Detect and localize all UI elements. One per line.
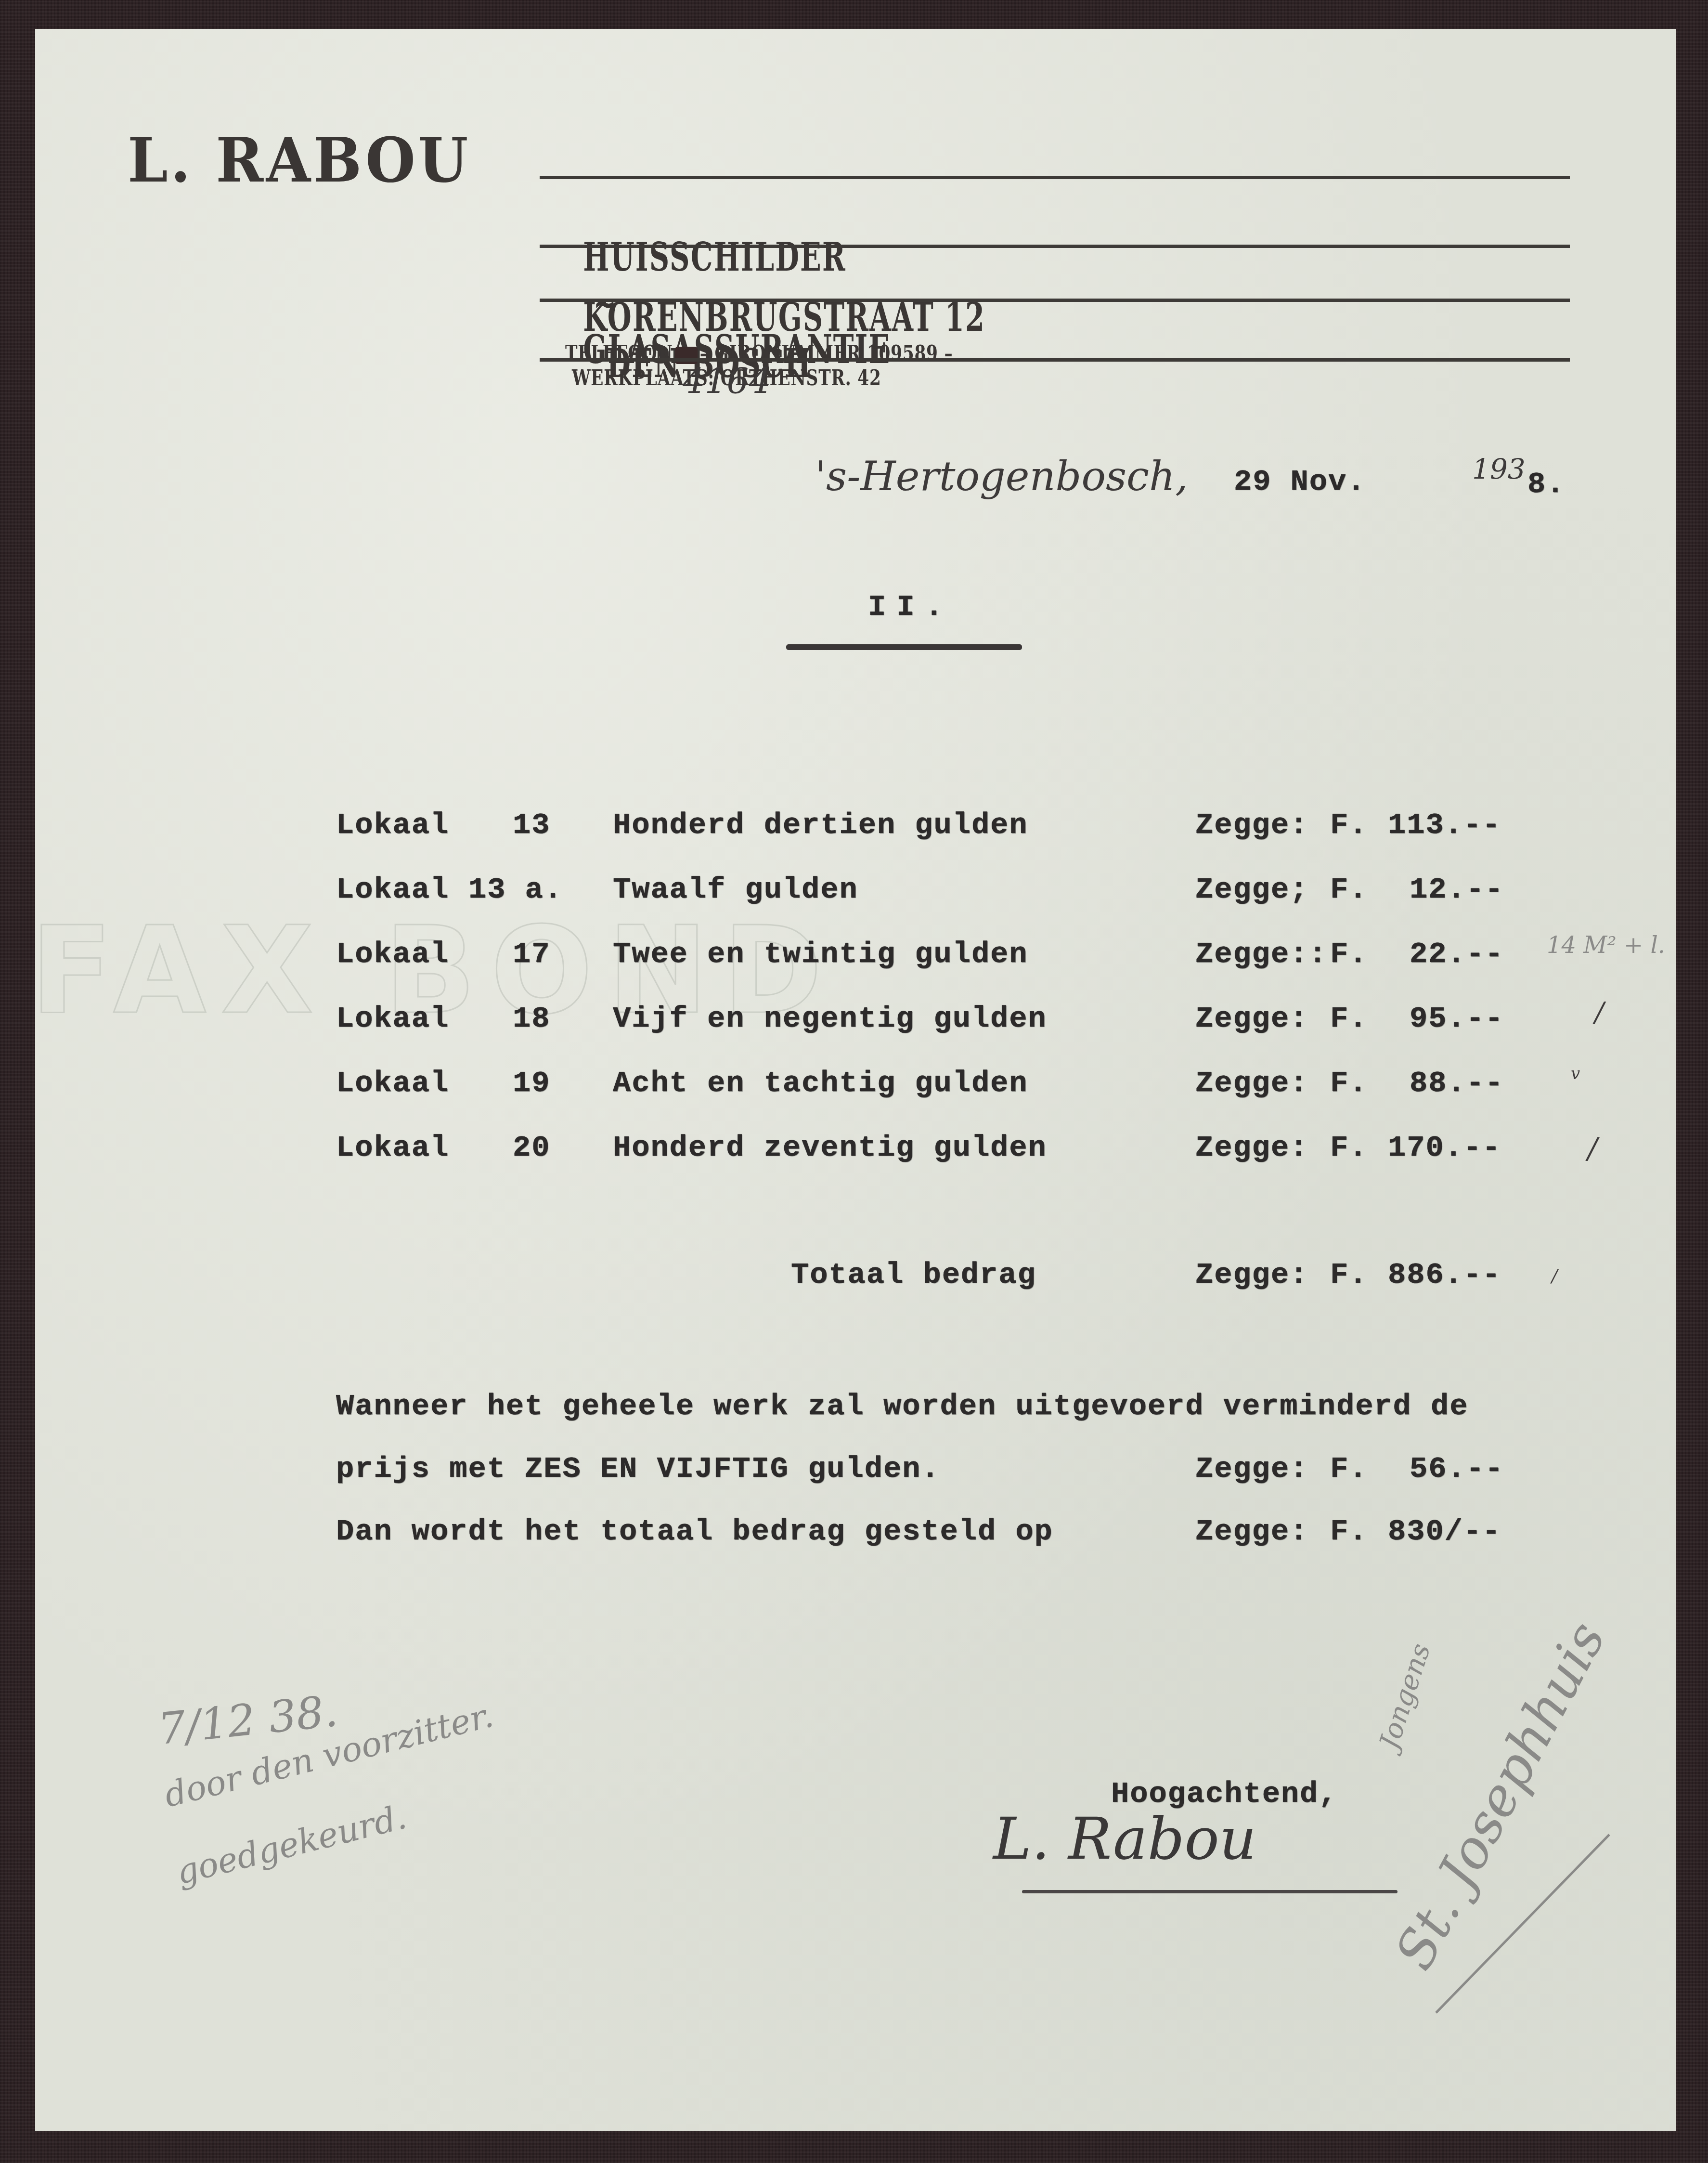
- final-total-amount: 830/--: [1388, 1514, 1501, 1549]
- line-item: Lokaal 19 Acht en tachtig gulden Zegge: …: [35, 1066, 1676, 1105]
- section-heading: II.: [868, 590, 954, 624]
- item-description: Honderd dertien gulden: [613, 808, 1028, 842]
- item-label: Lokaal: [336, 937, 449, 971]
- item-currency: F.: [1330, 1131, 1368, 1165]
- date-day-month: 29 Nov.: [1234, 465, 1366, 499]
- item-currency: F.: [1330, 1066, 1368, 1100]
- discount-amount: 56.--: [1410, 1452, 1504, 1486]
- letterhead-rule-3: [540, 299, 1570, 302]
- item-description: Twaalf gulden: [613, 873, 858, 907]
- item-zegge: Zegge::: [1195, 937, 1327, 971]
- item-currency: F.: [1330, 937, 1368, 971]
- item-label: Lokaal: [336, 873, 449, 907]
- date-year-prefix: 193: [1472, 453, 1526, 485]
- letterhead-rule-1: [540, 176, 1570, 179]
- item-zegge: Zegge:: [1195, 1002, 1308, 1036]
- total-row: Totaal bedrag Zegge: F. 886.--: [35, 1258, 1676, 1296]
- reference-number: 4164: [683, 361, 771, 402]
- total-label: Totaal bedrag: [791, 1258, 1036, 1292]
- item-currency: F.: [1330, 873, 1368, 907]
- item-label: Lokaal: [336, 1066, 449, 1100]
- telefoon-label: TELEFOON: [565, 341, 673, 366]
- item-number: 13 a.: [468, 873, 563, 907]
- item-zegge: Zegge:: [1195, 1066, 1308, 1100]
- item-amount: 113.--: [1388, 808, 1501, 842]
- item-label: Lokaal: [336, 1002, 449, 1036]
- total-currency: F.: [1330, 1258, 1368, 1292]
- line-item: Lokaal 20 Honderd zeventig gulden Zegge:…: [35, 1131, 1676, 1169]
- final-total-zegge: Zegge:: [1195, 1514, 1308, 1549]
- section-heading-underline: [786, 644, 1022, 650]
- item-description: Vijf en negentig gulden: [613, 1002, 1047, 1036]
- item-amount: 88.--: [1410, 1066, 1504, 1100]
- item-number: 20: [513, 1131, 550, 1165]
- item-zegge: Zegge:: [1195, 808, 1308, 842]
- margin-note-area: 14 M² + l.: [1547, 932, 1665, 959]
- date-place: 's-Hertogenbosch,: [815, 453, 1188, 500]
- item-zegge: Zegge:: [1195, 1131, 1308, 1165]
- item-number: 17: [513, 937, 550, 971]
- item-number: 19: [513, 1066, 550, 1100]
- item-amount: 95.--: [1410, 1002, 1504, 1036]
- discount-zegge: Zegge:: [1195, 1452, 1308, 1486]
- item-amount: 22.--: [1410, 937, 1504, 971]
- check-mark-icon: v: [1571, 1064, 1580, 1083]
- letterhead-rule-2: [540, 245, 1570, 248]
- discount-line-2: prijs met ZES EN VIJFTIG gulden. Zegge: …: [35, 1452, 1676, 1490]
- discount-line-1: Wanneer het geheele werk zal worden uitg…: [35, 1389, 1676, 1428]
- final-total-label: Dan wordt het totaal bedrag gesteld op: [336, 1514, 1053, 1549]
- final-total-currency: F.: [1330, 1514, 1368, 1549]
- item-amount: 170.--: [1388, 1131, 1501, 1165]
- signature: L. Rabou: [993, 1806, 1256, 1873]
- line-item: Lokaal 13 a. Twaalf gulden Zegge; F. 12.…: [35, 873, 1676, 911]
- item-zegge: Zegge;: [1195, 873, 1308, 907]
- date-year-suffix: 8.: [1527, 467, 1565, 501]
- total-zegge: Zegge:: [1195, 1258, 1308, 1292]
- signature-underline: [1022, 1890, 1397, 1893]
- check-mark-icon: /: [1595, 997, 1604, 1028]
- item-description: Twee en twintig gulden: [613, 937, 1028, 971]
- item-label: Lokaal: [336, 1131, 449, 1165]
- item-description: Honderd zeventig gulden: [613, 1131, 1047, 1165]
- line-item: Lokaal 13 Honderd dertien gulden Zegge: …: [35, 808, 1676, 847]
- pencil-signature-top: Jongens: [1373, 1640, 1437, 1753]
- company-name: L. RABOU: [128, 124, 471, 196]
- item-currency: F.: [1330, 1002, 1368, 1036]
- item-number: 18: [513, 1002, 550, 1036]
- item-number: 13: [513, 808, 550, 842]
- discount-currency: F.: [1330, 1452, 1368, 1486]
- check-mark-icon: /: [1588, 1132, 1597, 1165]
- item-label: Lokaal: [336, 808, 449, 842]
- item-amount: 12.--: [1410, 873, 1504, 907]
- discount-text-1: Wanneer het geheele werk zal worden uitg…: [336, 1389, 1468, 1423]
- discount-text-2: prijs met ZES EN VIJFTIG gulden.: [336, 1452, 940, 1486]
- total-amount: 886.--: [1388, 1258, 1501, 1292]
- item-description: Acht en tachtig gulden: [613, 1066, 1028, 1100]
- approval-note-line2: goedgekeurd.: [172, 1797, 410, 1892]
- line-item: Lokaal 17 Twee en twintig gulden Zegge::…: [35, 937, 1676, 976]
- discount-line-3: Dan wordt het totaal bedrag gesteld op Z…: [35, 1514, 1676, 1553]
- invoice-paper: FAX BOND L. RABOU HUISSCHILDER ~ GLASASS…: [35, 29, 1676, 2131]
- line-item: Lokaal 18 Vijf en negentig gulden Zegge:…: [35, 1002, 1676, 1040]
- pencil-signature-stroke: [1431, 1830, 1624, 2022]
- item-currency: F.: [1330, 808, 1368, 842]
